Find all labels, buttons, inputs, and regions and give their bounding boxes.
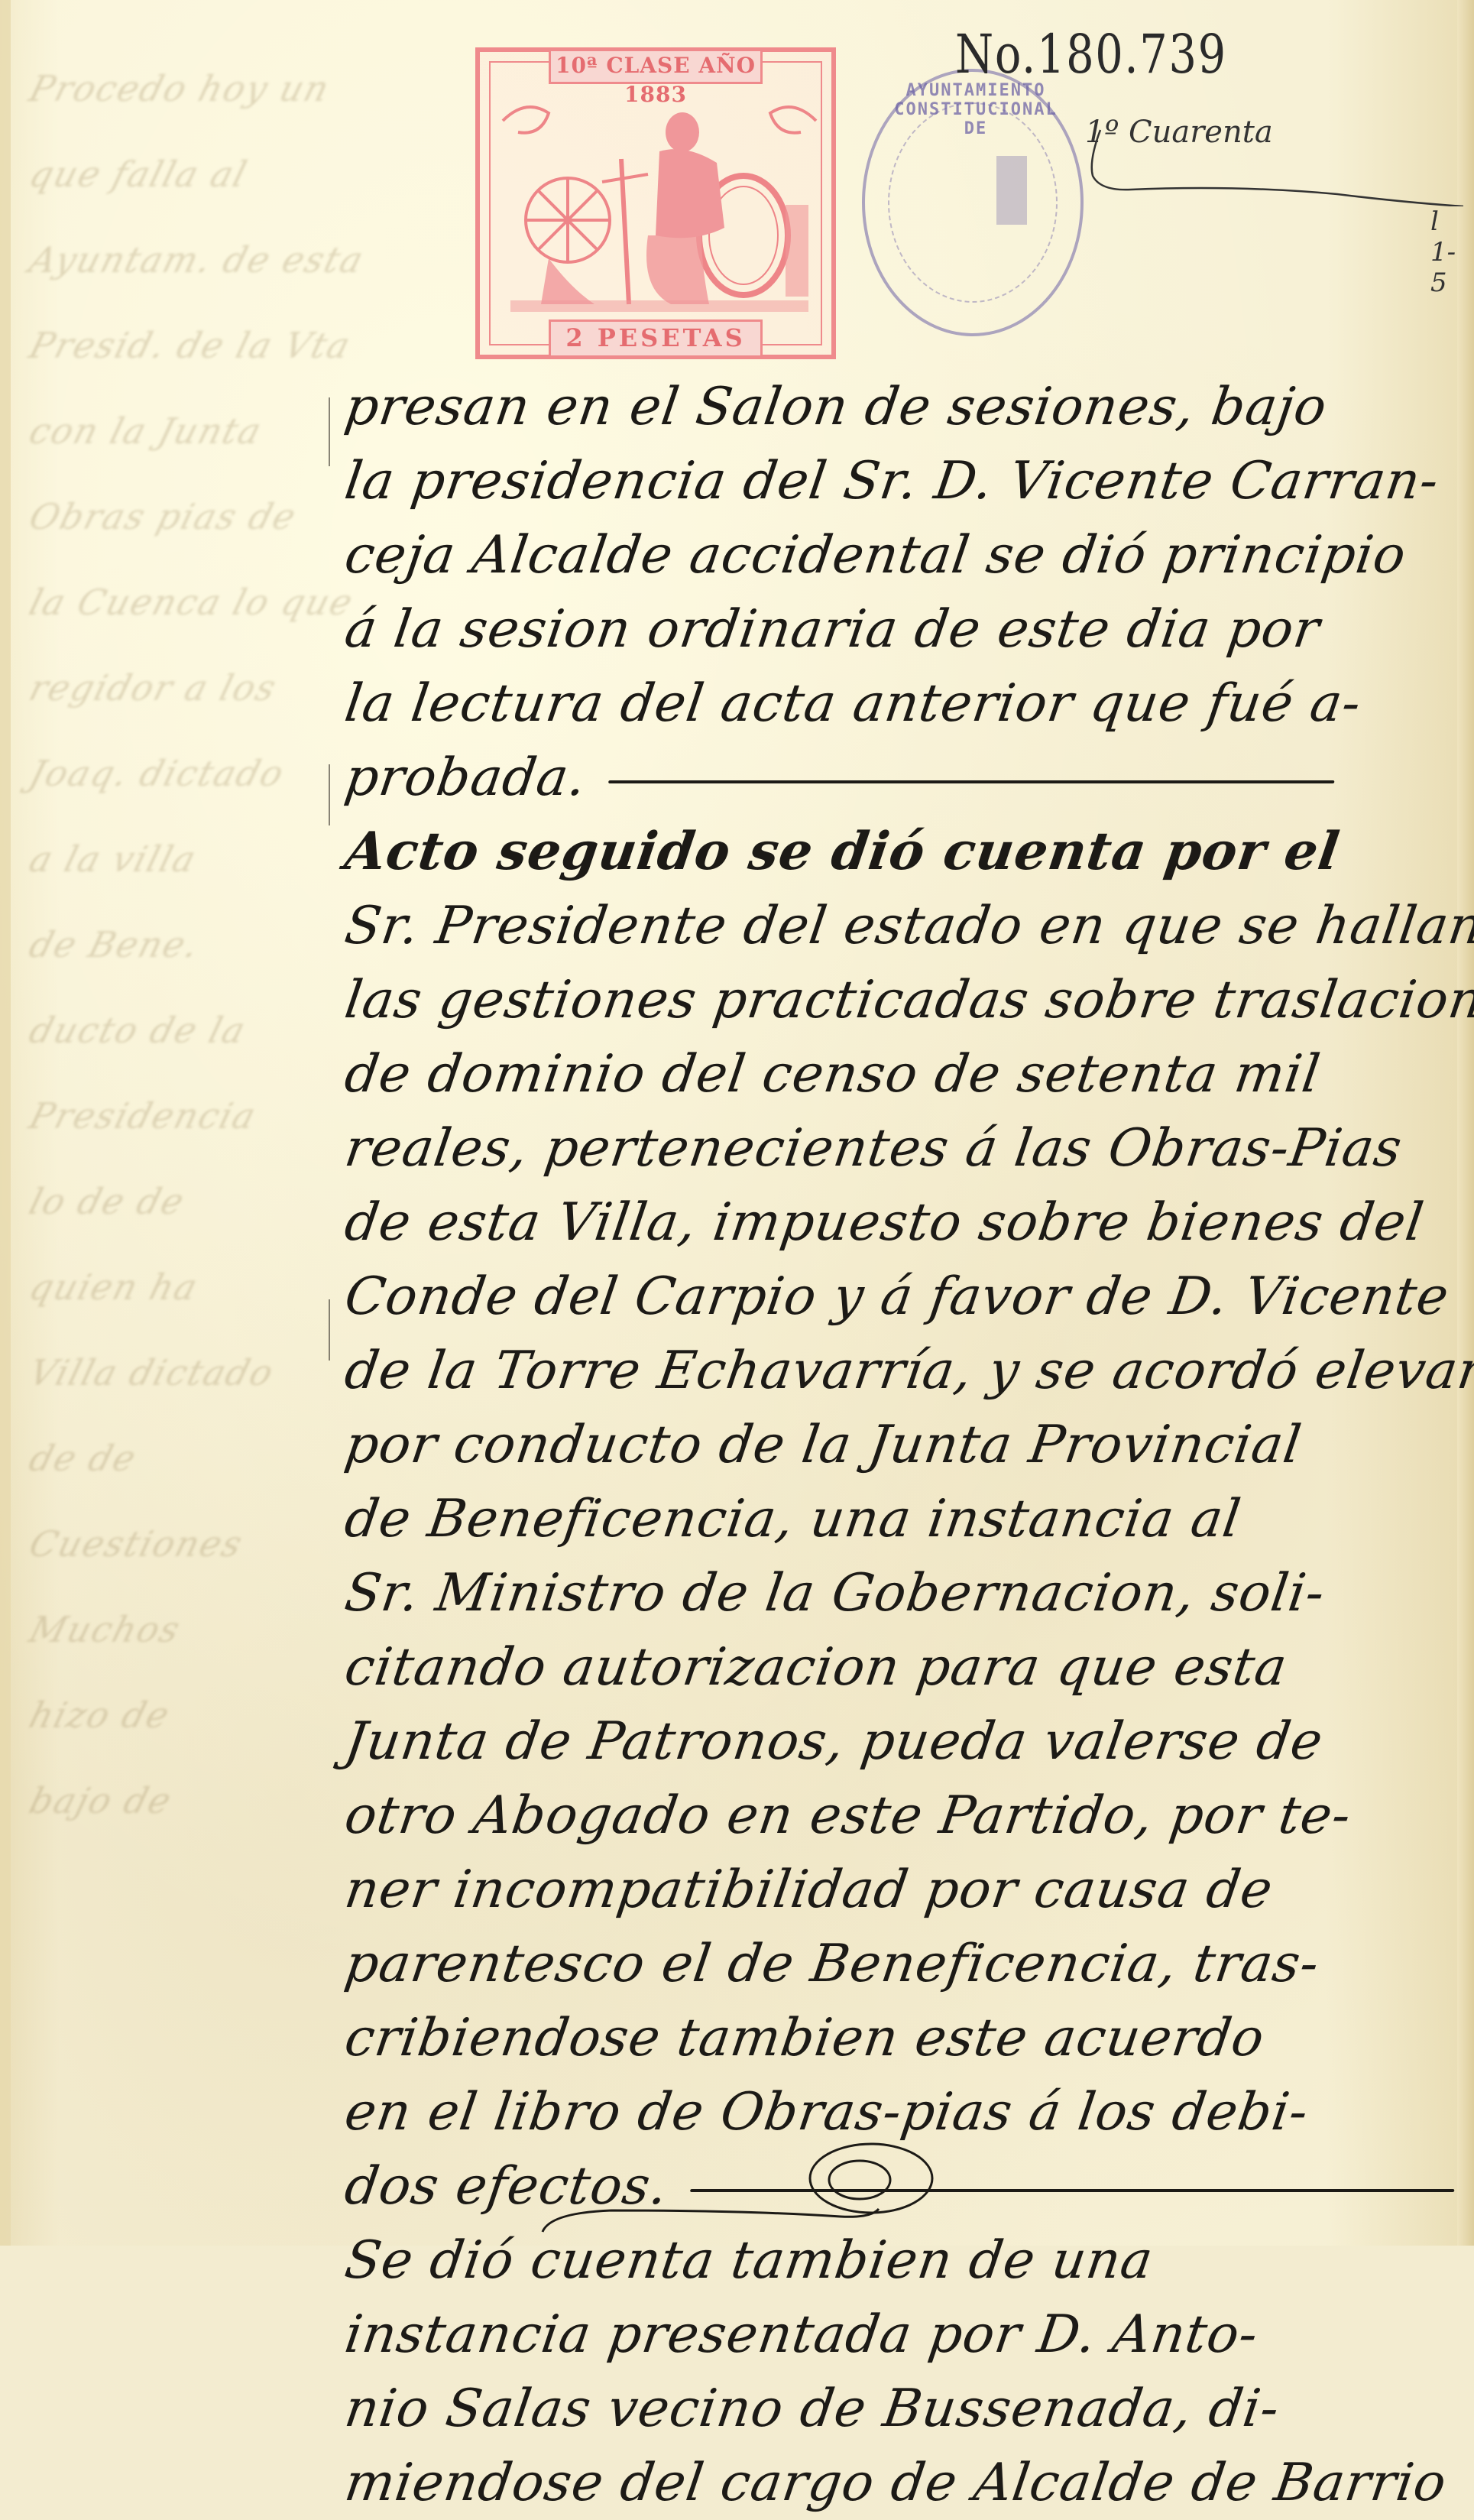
text-line: la presidencia del Sr. D. Vicente Carran… xyxy=(340,444,1443,518)
text-line: de esta Villa, impuesto sobre bienes del xyxy=(340,1185,1443,1260)
text-line: citando autorizacion para que esta xyxy=(340,1630,1443,1704)
ghost-line: ducto de la xyxy=(19,988,348,1073)
ghost-line: que falla al xyxy=(19,131,348,217)
text-line: ceja Alcalde accidental se dió principio xyxy=(340,518,1443,592)
text-line: cribiendose tambien este acuerdo xyxy=(340,2001,1443,2075)
margin-stroke xyxy=(329,1299,330,1361)
bleed-through-text: Procedo hoy un que falla al Ayuntam. de … xyxy=(31,46,336,1844)
ghost-line: Cuestiones xyxy=(19,1501,348,1587)
page-right-edge xyxy=(1457,0,1474,2246)
stamp-value: 2 PESETAS xyxy=(549,319,763,358)
ghost-line: la Cuenca lo que xyxy=(19,559,348,645)
text-line: Conde del Carpio y á favor de D. Vicente xyxy=(340,1260,1443,1334)
text-line: de dominio del censo de setenta mil xyxy=(340,1037,1443,1111)
text-line: Acto seguido se dió cuenta por el xyxy=(340,815,1443,889)
ghost-line: Presid. de la Vta xyxy=(19,303,348,388)
text-line: Junta de Patronos, pueda valerse de xyxy=(340,1704,1443,1779)
text-line: reales, pertenecientes á las Obras-Pias xyxy=(340,1111,1443,1185)
closing-flourish-icon xyxy=(520,2125,993,2239)
ghost-line: lo de de xyxy=(19,1159,348,1244)
ghost-line: Joaq. dictado xyxy=(19,731,348,816)
text-line: de Beneficencia, una instancia al xyxy=(340,1482,1443,1556)
margin-mark: l xyxy=(1430,206,1456,237)
text-line: por conducto de la Junta Provincial xyxy=(340,1408,1443,1482)
text-line: presan en el Salon de sesiones, bajo xyxy=(340,370,1443,444)
stamp-header: 10ª CLASE AÑO 1883 xyxy=(549,49,763,84)
handwritten-text: presan en el Salon de sesiones, bajo la … xyxy=(345,370,1438,2246)
document-page: Procedo hoy un que falla al Ayuntam. de … xyxy=(0,0,1474,2246)
margin-stroke xyxy=(329,764,330,825)
ghost-line: Villa dictado xyxy=(19,1330,348,1416)
ghost-line: con la Junta xyxy=(19,388,348,474)
margin-stroke xyxy=(329,397,330,466)
allegorical-figure-icon xyxy=(495,90,824,319)
folio-note: 1º Cuarenta xyxy=(1085,115,1273,150)
end-rule xyxy=(608,780,1335,783)
ghost-line: de de xyxy=(19,1416,348,1501)
ghost-line: Muchos xyxy=(19,1587,348,1672)
margin-mark: 1- xyxy=(1430,237,1456,268)
text-line: Sr. Ministro de la Gobernacion, soli- xyxy=(340,1556,1443,1630)
text-line: de la Torre Echavarría, y se acordó elev… xyxy=(340,1334,1443,1408)
text-line: parentesco el de Beneficencia, tras- xyxy=(340,1927,1443,2001)
revenue-stamp: 10ª CLASE AÑO 1883 xyxy=(475,47,836,359)
ghost-line: Obras pias de xyxy=(19,474,348,559)
text-line: Sr. Presidente del estado en que se hall… xyxy=(340,889,1443,963)
ghost-line: de Bene. xyxy=(19,902,348,988)
page-left-edge xyxy=(0,0,11,2246)
ghost-line: Procedo hoy un xyxy=(19,46,348,131)
ghost-line: hizo de xyxy=(19,1672,348,1758)
municipal-seal: AYUNTAMIENTO CONSTITUCIONAL DE xyxy=(862,69,1084,336)
margin-mark: 5 xyxy=(1430,268,1456,298)
text-line: las gestiones practicadas sobre traslaci… xyxy=(340,963,1443,1037)
ghost-line: regidor a los xyxy=(19,645,348,731)
ghost-line: Ayuntam. de esta xyxy=(19,217,348,303)
seal-tower-icon xyxy=(996,156,1027,225)
text-line-closing: probada. xyxy=(340,741,1443,815)
ghost-line: a la villa xyxy=(19,816,348,902)
right-margin-marks: l 1- 5 xyxy=(1430,206,1456,298)
serial-number: No.180.739 xyxy=(955,23,1227,86)
seal-text: AYUNTAMIENTO CONSTITUCIONAL DE xyxy=(880,81,1071,138)
text-line: otro Abogado en este Partido, por te- xyxy=(340,1779,1443,1853)
ghost-line: quien ha xyxy=(19,1244,348,1330)
text-line: la lectura del acta anterior que fué a- xyxy=(340,666,1443,741)
ghost-line: Presidencia xyxy=(19,1073,348,1159)
ghost-line: bajo de xyxy=(19,1758,348,1844)
text-line: ner incompatibilidad por causa de xyxy=(340,1853,1443,1927)
text-line: probada. xyxy=(341,748,590,808)
text-line: á la sesion ordinaria de este dia por xyxy=(340,592,1443,666)
